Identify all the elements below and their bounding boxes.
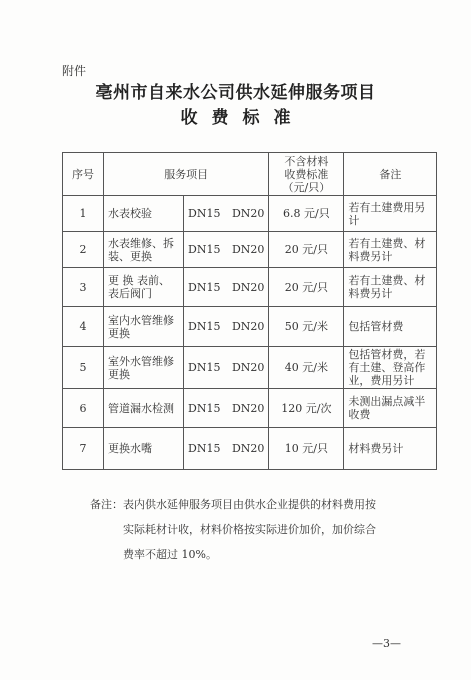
fee-table: 序号 服务项目 不含材料收费标准（元/只） 备注 1 水表校验 DN15 DN2… (62, 152, 437, 470)
table-row: 2 水表维修、拆装、更换 DN15 DN20 20 元/只 若有土建费、材料费另… (63, 232, 437, 268)
row-no: 6 (63, 389, 104, 428)
row-spec: DN15 DN20 (184, 307, 269, 347)
document-subtitle: 收费标准 (0, 103, 471, 128)
row-spec: DN15 DN20 (184, 196, 269, 232)
row-no: 2 (63, 232, 104, 268)
row-item: 水表校验 (104, 196, 184, 232)
row-price: 20 元/只 (269, 232, 344, 268)
row-remark: 材料费另计 (344, 428, 437, 470)
table-row: 1 水表校验 DN15 DN20 6.8 元/只 若有土建费用另计 (63, 196, 437, 232)
row-price: 40 元/米 (269, 347, 344, 389)
row-item: 管道漏水检测 (104, 389, 184, 428)
table-row: 6 管道漏水检测 DN15 DN20 120 元/次 未测出漏点减半收费 (63, 389, 437, 428)
header-no: 序号 (63, 153, 104, 196)
row-spec: DN15 DN20 (184, 347, 269, 389)
row-price: 10 元/只 (269, 428, 344, 470)
page-number: —3— (372, 637, 401, 650)
row-price: 50 元/米 (269, 307, 344, 347)
row-item: 室外水管维修更换 (104, 347, 184, 389)
footnote-line-2: 实际耗材计收，材料价格按实际进价加价，加价综合 (90, 517, 410, 542)
footnote-line-1: 备注：表内供水延伸服务项目由供水企业提供的材料费用按 (90, 498, 376, 511)
row-price: 20 元/只 (269, 268, 344, 307)
header-price: 不含材料收费标准（元/只） (269, 153, 344, 196)
table-row: 3 更 换 表前、表后阀门 DN15 DN20 20 元/只 若有土建费、材料费… (63, 268, 437, 307)
table-row: 4 室内水管维修更换 DN15 DN20 50 元/米 包括管材费 (63, 307, 437, 347)
row-spec: DN15 DN20 (184, 389, 269, 428)
row-item: 更 换 表前、表后阀门 (104, 268, 184, 307)
row-item: 室内水管维修更换 (104, 307, 184, 347)
document-title: 亳州市自来水公司供水延伸服务项目 (0, 78, 471, 103)
footnote-line-3: 费率不超过 10%。 (90, 542, 410, 567)
row-no: 1 (63, 196, 104, 232)
row-price: 120 元/次 (269, 389, 344, 428)
table-row: 7 更换水嘴 DN15 DN20 10 元/只 材料费另计 (63, 428, 437, 470)
row-remark: 若有土建费、材料费另计 (344, 232, 437, 268)
row-spec: DN15 DN20 (184, 232, 269, 268)
header-remark: 备注 (344, 153, 437, 196)
row-no: 5 (63, 347, 104, 389)
row-remark: 未测出漏点减半收费 (344, 389, 437, 428)
table-header-row: 序号 服务项目 不含材料收费标准（元/只） 备注 (63, 153, 437, 196)
row-no: 7 (63, 428, 104, 470)
row-no: 4 (63, 307, 104, 347)
row-price: 6.8 元/只 (269, 196, 344, 232)
row-remark: 包括管材费，若有土建、登高作业，费用另计 (344, 347, 437, 389)
row-remark: 若有土建费用另计 (344, 196, 437, 232)
header-service: 服务项目 (104, 153, 269, 196)
row-no: 3 (63, 268, 104, 307)
row-item: 更换水嘴 (104, 428, 184, 470)
attachment-label: 附件 (62, 62, 86, 79)
row-item: 水表维修、拆装、更换 (104, 232, 184, 268)
row-remark: 包括管材费 (344, 307, 437, 347)
row-remark: 若有土建费、材料费另计 (344, 268, 437, 307)
row-spec: DN15 DN20 (184, 268, 269, 307)
table-row: 5 室外水管维修更换 DN15 DN20 40 元/米 包括管材费，若有土建、登… (63, 347, 437, 389)
footnote: 备注：表内供水延伸服务项目由供水企业提供的材料费用按 实际耗材计收，材料价格按实… (90, 492, 410, 567)
row-spec: DN15 DN20 (184, 428, 269, 470)
